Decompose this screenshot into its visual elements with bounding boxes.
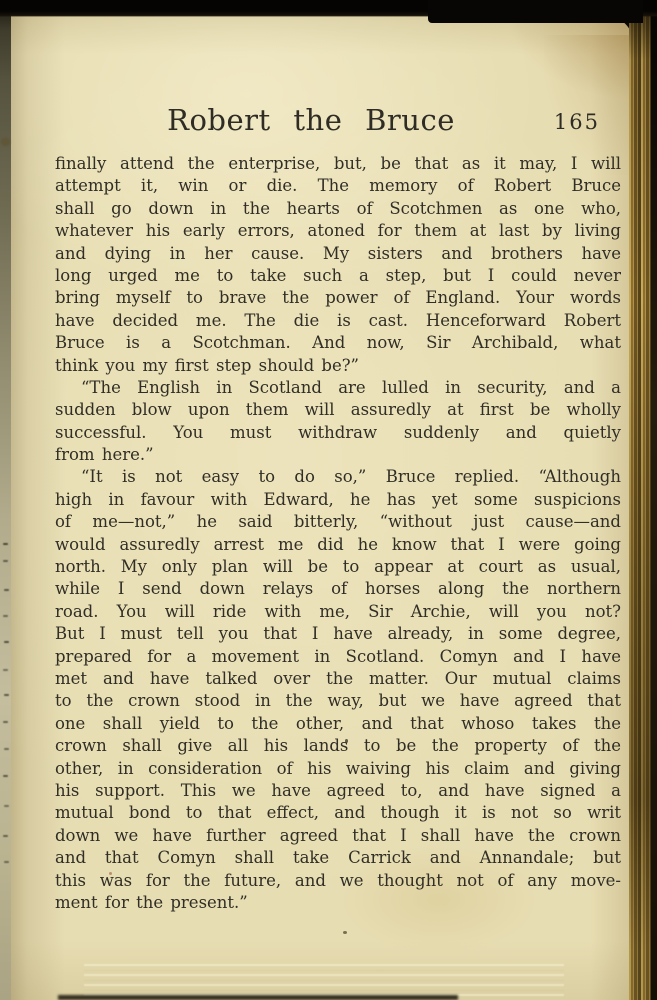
text-line: think you my first step should be?” [55,355,621,377]
text-line: shall go down in the hearts of Scotchmen… [55,198,621,220]
text-line: finally attend the enterprise, but, be t… [55,153,621,175]
text-line: road. You will ride with me, Sir Archie,… [55,601,621,623]
text-line: and that Comyn shall take Carrick and An… [55,847,621,869]
margin-spot [1,138,10,146]
text-line: ment for the present.” [55,892,621,914]
paper-page: Robert the Bruce 165 finally attend the … [9,15,634,1000]
text-line: successful. You must withdraw suddenly a… [55,422,621,444]
text-line: from here.” [55,444,621,466]
printed-content: Robert the Bruce 165 finally attend the … [55,15,621,914]
text-line: north. My only plan will be to appear at… [55,556,621,578]
page-number: 165 [554,110,600,134]
book-page-scan: Robert the Bruce 165 finally attend the … [0,0,657,1000]
ink-speck [343,931,347,934]
text-line: have decided me. The die is cast. Hencef… [55,310,621,332]
running-header: Robert the Bruce 165 [55,103,621,149]
text-line: sudden blow upon them will assuredly at … [55,399,621,421]
page-title: Robert the Bruce [167,103,455,137]
paragraph: finally attend the enterprise, but, be t… [55,153,621,377]
gutter-bleed-text-marks [3,543,8,545]
text-line: Bruce is a Scotchman. And now, Sir Archi… [55,332,621,354]
page-edge-streaks [84,964,564,996]
text-line: and dying in her cause. My sisters and b… [55,243,621,265]
text-line: bring myself to brave the power of Engla… [55,287,621,309]
text-line: “The English in Scotland are lulled in s… [55,377,621,399]
text-line: But I must tell you that I have already,… [55,623,621,645]
text-line: “It is not easy to do so,” Bruce replied… [55,466,621,488]
fore-edge-shadow [651,0,657,1000]
scan-bottom-shadow [58,995,458,1000]
scan-top-edge-step [428,0,643,23]
body-text: finally attend the enterprise, but, be t… [55,153,621,914]
text-line: mutual bond to that effect, and though i… [55,802,621,824]
text-line: met and have talked over the matter. Our… [55,668,621,690]
paragraph: “It is not easy to do so,” Bruce replied… [55,466,621,914]
text-line: of me—not,” he said bitterly, “without j… [55,511,621,533]
text-line: this was for the future, and we thought … [55,870,621,892]
text-line: to the crown stood in the way, but we ha… [55,690,621,712]
text-line: other, in consideration of his waiving h… [55,758,621,780]
text-line: high in favour with Edward, he has yet s… [55,489,621,511]
text-line: would assuredly arrest me did he know th… [55,534,621,556]
text-line: whatever his early errors, atoned for th… [55,220,621,242]
text-line: down we have further agreed that I shall… [55,825,621,847]
text-line: while I send down relays of horses along… [55,578,621,600]
text-line: one shall yield to the other, and that w… [55,713,621,735]
text-line: prepared for a movement in Scotland. Com… [55,646,621,668]
paragraph: “The English in Scotland are lulled in s… [55,377,621,467]
text-line: his support. This we have agreed to, and… [55,780,621,802]
text-line: long urged me to take such a step, but I… [55,265,621,287]
gutter-page-edge [0,0,11,1000]
text-line: crown shall give all his lands to be the… [55,735,621,757]
text-line: attempt it, win or die. The memory of Ro… [55,175,621,197]
